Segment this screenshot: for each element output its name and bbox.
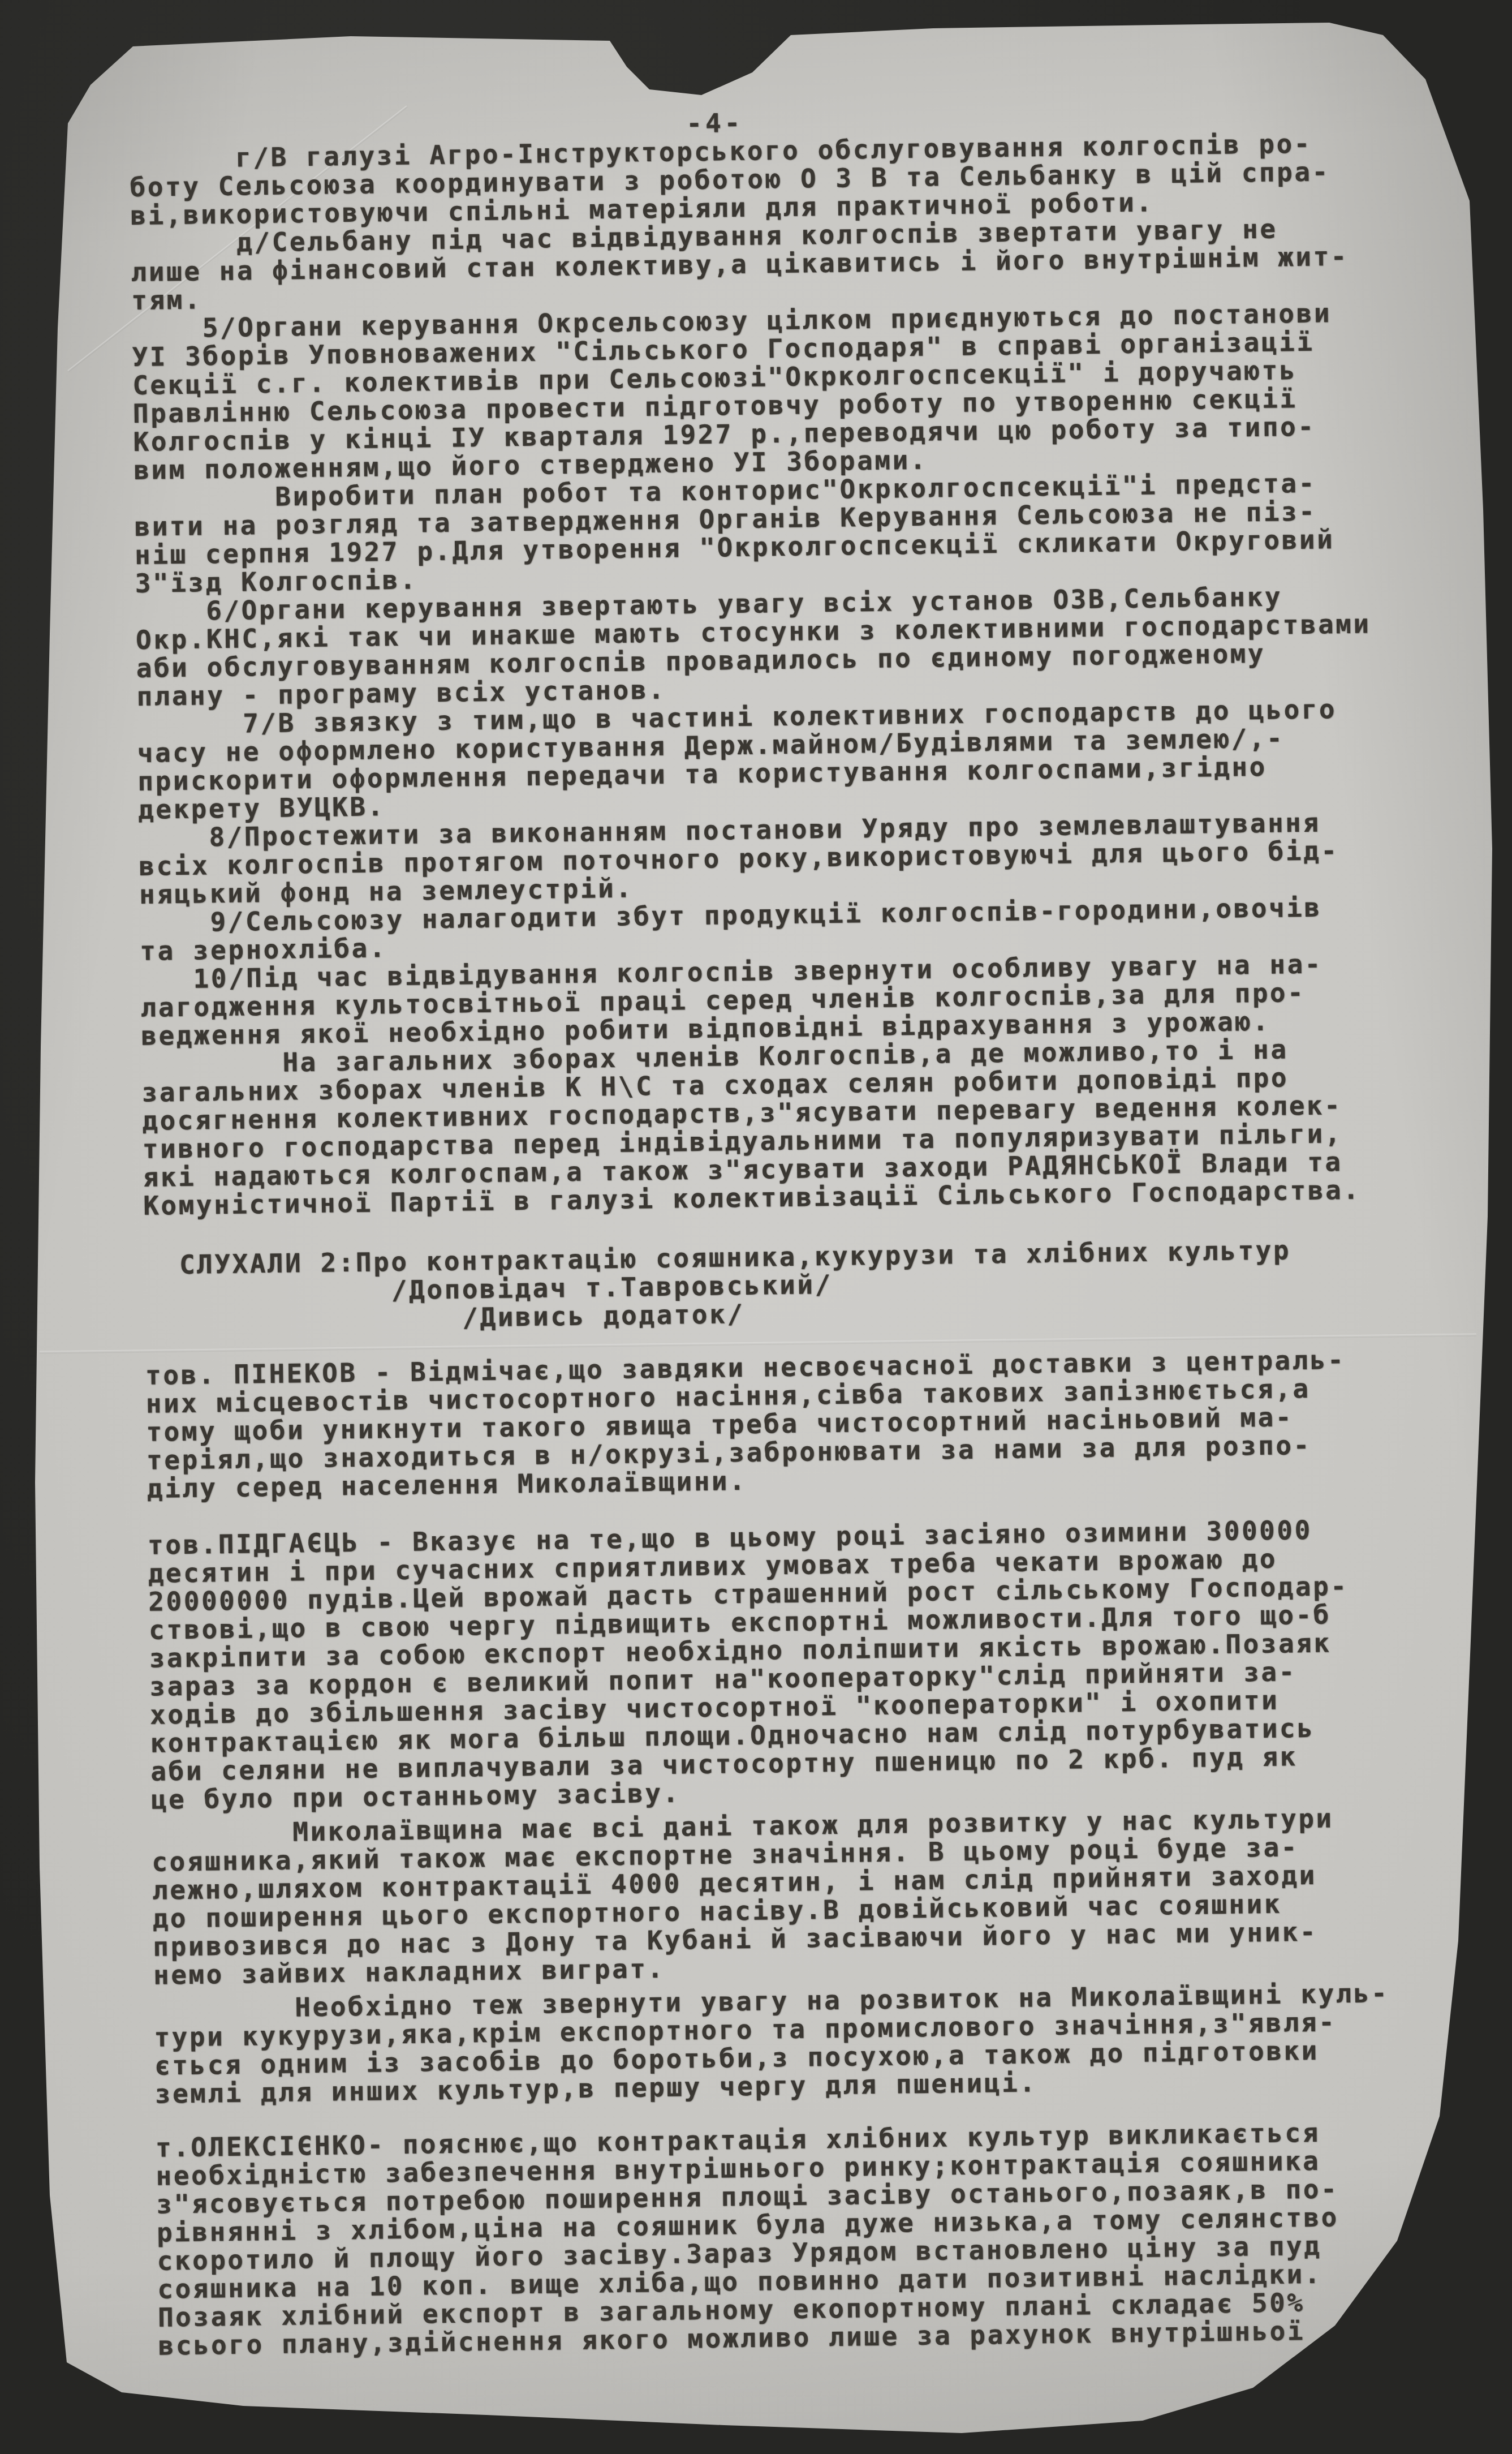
paragraph: тов. ПІНЕКОВ - Відмічає,що завдяки несво… <box>145 1344 1465 1502</box>
scan-background: -4- г/В галузі Агро-Інструкторського обс… <box>0 0 1512 2454</box>
paragraph: 5/Органи керування Окрсельсоюзу цілком п… <box>132 297 1452 484</box>
paper-sheet: -4- г/В галузі Агро-Інструкторського обс… <box>0 0 1512 2454</box>
paragraph: 6/Органи керування звертають увагу всіх … <box>135 580 1454 710</box>
paragraph: тов.ПІДГАЄЦЬ - Вказує на те,що в цьому р… <box>148 1514 1469 1813</box>
paragraph: Необхідно теж звернути увагу на розвиток… <box>153 1978 1472 2108</box>
paragraph: 7/В звязку з тим,що в частині колективни… <box>137 693 1456 823</box>
paragraph: На загальних зборах членів Колгоспів,а д… <box>141 1033 1462 1219</box>
paragraph: т.ОЛЕКСІЄНКО- пояснює,що контрактація хл… <box>156 2116 1476 2360</box>
document-body: г/В галузі Агро-Інструкторського обслуго… <box>130 127 1476 2360</box>
paragraph: Миколаївщина має всі дані також для розв… <box>151 1802 1471 1989</box>
document-text: -4- г/В галузі Агро-Інструкторського обс… <box>129 100 1476 2360</box>
paragraph: СЛУХАЛИ 2:Про контрактацію сояшника,куку… <box>144 1234 1463 1335</box>
paragraph: Виробити план робот та конторис"Окрколго… <box>134 467 1453 597</box>
